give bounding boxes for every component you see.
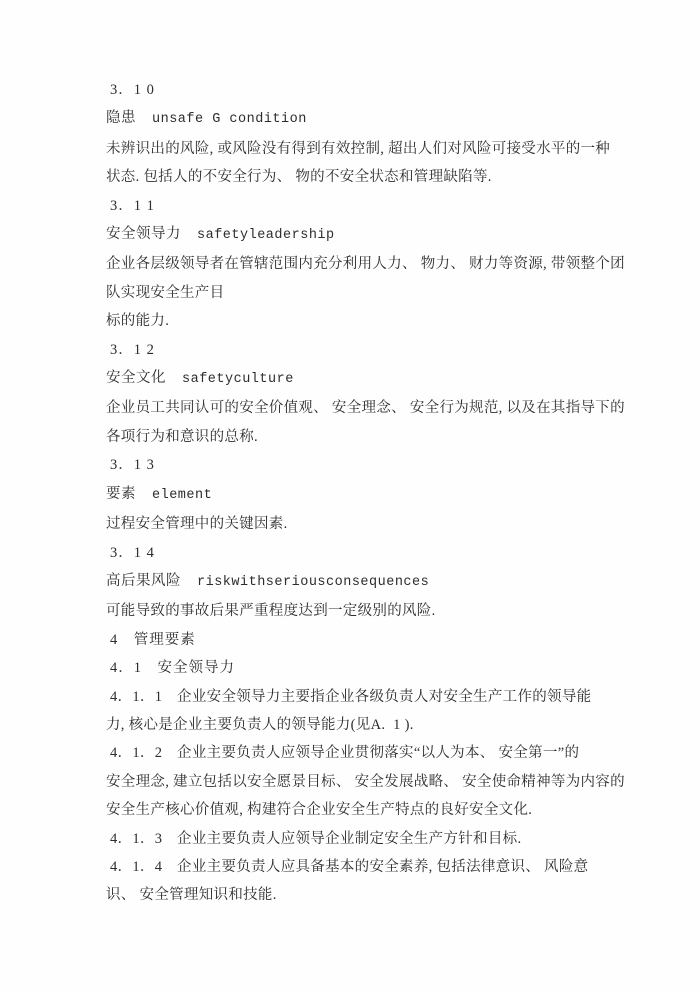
- clause-number: 3．1 1: [106, 192, 606, 220]
- term-chinese: 隐患: [106, 110, 136, 126]
- clause-number: 3．1 0: [106, 76, 606, 104]
- term-english: riskwithseriousconsequences: [197, 575, 429, 590]
- term-english: unsafe G condition: [152, 112, 307, 127]
- definition-text: 可能导致的事故后果严重程度达到一定级别的风险.: [106, 597, 606, 625]
- term-line: 要素element: [106, 480, 606, 510]
- document-page: 3．1 0 隐患unsafe G condition 未辨识出的风险, 或风险没…: [0, 0, 700, 990]
- section-heading: 4 管理要素: [106, 626, 606, 654]
- clause-paragraph: 4．1．4 企业主要负责人应具备基本的安全素养, 包括法律意识、 风险意: [106, 853, 606, 881]
- definition-text: 企业员工共同认可的安全价值观、 安全理念、 安全行为规范, 以及在其指导下的: [106, 394, 606, 422]
- definition-text: 标的能力.: [106, 307, 606, 335]
- term-chinese: 安全文化: [106, 370, 166, 386]
- term-chinese: 要素: [106, 486, 136, 502]
- term-line: 安全文化safetyculture: [106, 364, 606, 394]
- continuation-text: 安全生产核心价值观, 构建符合企业安全生产特点的良好安全文化.: [106, 796, 606, 824]
- definition-text: 过程安全管理中的关键因素.: [106, 510, 606, 538]
- term-line: 安全领导力safetyleadership: [106, 220, 606, 250]
- continuation-text: 安全理念, 建立包括以安全愿景目标、 安全发展战略、 安全使命精神等为内容的: [106, 768, 606, 796]
- clause-paragraph: 4．1．2 企业主要负责人应领导企业贯彻落实“以人为本、 安全第一”的: [106, 739, 606, 767]
- term-chinese: 高后果风险: [106, 573, 181, 589]
- clause-paragraph: 4．1．1 企业安全领导力主要指企业各级负责人对安全生产工作的领导能: [106, 683, 606, 711]
- term-chinese: 安全领导力: [106, 226, 181, 242]
- clause-number: 3．1 2: [106, 336, 606, 364]
- definition-text: 未辨识出的风险, 或风险没有得到有效控制, 超出人们对风险可接受水平的一种: [106, 135, 606, 163]
- text-block: 3．1 0 隐患unsafe G condition 未辨识出的风险, 或风险没…: [106, 76, 606, 910]
- continuation-text: 识、 安全管理知识和技能.: [106, 881, 606, 909]
- continuation-text: 力, 核心是企业主要负责人的领导能力(见A. 1 ).: [106, 711, 606, 739]
- definition-text: 状态. 包括人的不安全行为、 物的不安全状态和管理缺陷等.: [106, 163, 606, 191]
- clause-paragraph: 4．1．3 企业主要负责人应领导企业制定安全生产方针和目标.: [106, 825, 606, 853]
- term-english: safetyculture: [182, 372, 294, 387]
- definition-text: 企业各层级领导者在管辖范围内充分利用人力、 物力、 财力等资源, 带领整个团: [106, 250, 606, 278]
- term-english: safetyleadership: [197, 228, 335, 243]
- clause-number: 3．1 4: [106, 539, 606, 567]
- definition-text: 队实现安全生产目: [106, 279, 606, 307]
- term-line: 高后果风险riskwithseriousconsequences: [106, 567, 606, 597]
- section-heading: 4．1 安全领导力: [106, 654, 606, 682]
- term-english: element: [152, 488, 212, 503]
- term-line: 隐患unsafe G condition: [106, 104, 606, 134]
- definition-text: 各项行为和意识的总称.: [106, 423, 606, 451]
- clause-number: 3．1 3: [106, 451, 606, 479]
